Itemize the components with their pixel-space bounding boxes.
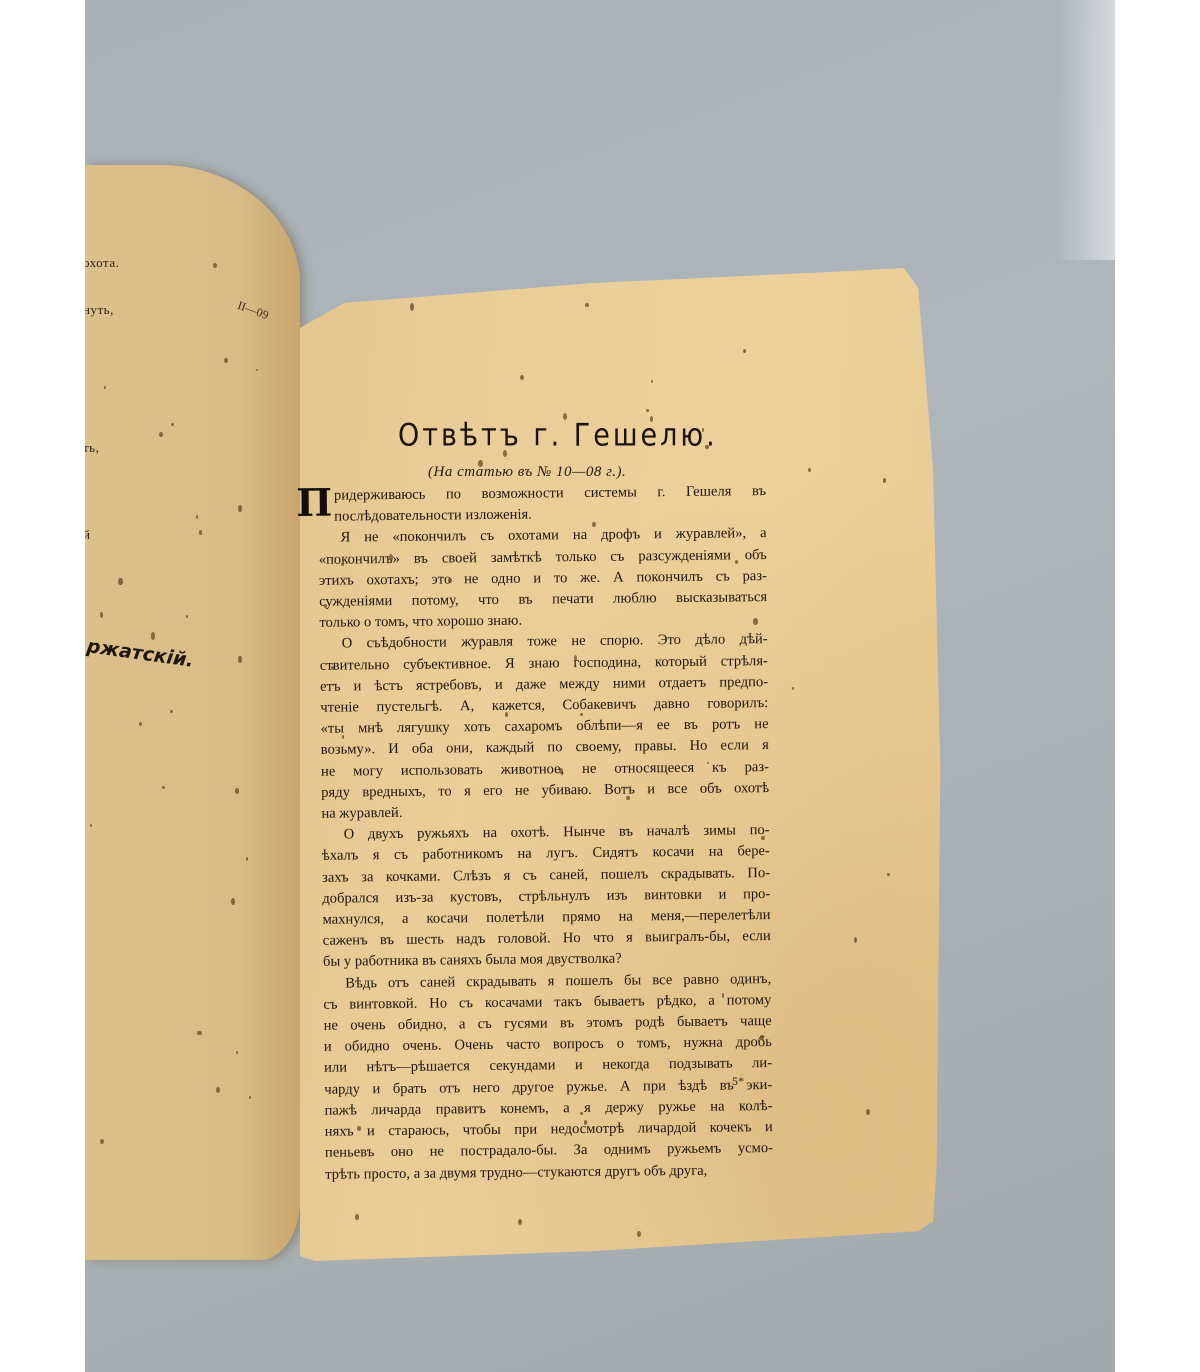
left-page-fragment: ть, — [85, 440, 99, 456]
paragraph: Я не «покончилъ съ охотами на дрофъ и жу… — [296, 523, 767, 634]
paragraph: О двухъ ружьяхъ на охотѣ. Нынче въ начал… — [300, 820, 772, 973]
foxing-spot — [753, 618, 757, 625]
foxing-spot — [197, 1031, 201, 1036]
foxing-spot — [118, 578, 122, 586]
foxing-spot — [231, 898, 235, 905]
foxing-spot — [574, 655, 577, 661]
paragraph: Придерживаюсь по возможности системы г. … — [296, 481, 766, 528]
article-subtitle: (На статью въ № 10—08 г.). — [428, 464, 626, 481]
foxing-spot — [342, 735, 344, 739]
foxing-spot — [707, 762, 709, 764]
foxing-spot — [637, 1231, 641, 1238]
foxing-spot — [224, 358, 227, 363]
paragraph: О съѣдобности журавля тоже не спорю. Это… — [298, 629, 770, 825]
left-page-signature: ржатскій. — [85, 635, 195, 672]
foxing-spot — [808, 468, 811, 472]
foxing-spot — [887, 873, 890, 877]
signature-mark: 5* — [732, 1074, 744, 1089]
paragraph: Вѣдь отъ саней скрадывать я пошелъ бы вс… — [301, 969, 773, 1186]
article-title: Отвѣтъ г. Гешелю. — [398, 418, 738, 454]
foxing-spot — [592, 522, 596, 527]
left-page-fragment: й — [85, 527, 90, 543]
left-page-fragment: нуть, — [85, 302, 114, 318]
foxing-spot — [505, 712, 508, 717]
foxing-spot — [792, 687, 794, 690]
foxing-spot — [216, 1087, 220, 1093]
foxing-spot — [199, 530, 201, 534]
article-body: Придерживаюсь по возможности системы г. … — [296, 481, 773, 1186]
foxing-spot — [186, 615, 188, 619]
foxing-spot — [238, 656, 241, 662]
foxing-spot — [355, 1214, 358, 1220]
foxing-spot — [139, 722, 142, 726]
foxing-spot — [471, 638, 473, 642]
foxing-spot — [448, 578, 452, 583]
foxing-spot — [702, 428, 705, 432]
foxing-spot — [357, 1126, 360, 1131]
foxing-spot — [235, 788, 239, 794]
left-page-fragment: охота. — [85, 255, 119, 271]
foxing-spot — [735, 560, 738, 564]
foxing-spot — [196, 515, 198, 519]
left-page: охота. нуть, II—09 ть, й ржатскій. — [85, 165, 300, 1260]
foxing-spot — [760, 1035, 763, 1040]
foxing-spot — [151, 632, 155, 639]
foxing-spot — [517, 533, 520, 536]
foxing-spot — [213, 263, 217, 268]
foxing-spot — [503, 450, 507, 457]
foxing-spot — [478, 460, 482, 466]
foxing-spot — [866, 1109, 870, 1115]
foxing-spot — [743, 349, 746, 353]
left-page-folio: II—09 — [235, 298, 270, 323]
foxing-spot — [236, 1051, 238, 1054]
drop-cap: П — [296, 488, 332, 518]
foxing-spot — [331, 666, 333, 670]
